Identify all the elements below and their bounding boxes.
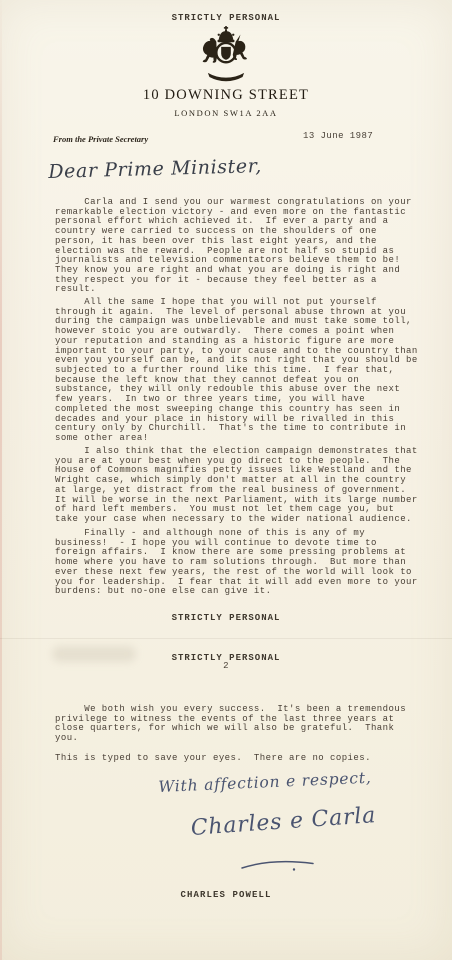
from-private-secretary-line: From the Private Secretary — [53, 134, 148, 144]
royal-coat-of-arms-icon — [193, 26, 259, 84]
classification-top: STRICTLY PERSONAL — [0, 13, 452, 23]
paragraph-5: We both wish you every success. It's bee… — [55, 705, 406, 744]
scanned-letter-page: STRICTLY PERSONAL 10 DOWNING STREET LOND… — [0, 0, 452, 960]
paragraph-3: I also think that the election campaign … — [55, 447, 418, 525]
page-break-crease — [0, 638, 452, 639]
letterhead-address: 10 DOWNING STREET — [0, 87, 452, 104]
letterhead-city: LONDON SW1A 2AA — [0, 108, 452, 118]
classification-footer-page1: STRICTLY PERSONAL — [0, 613, 452, 623]
page-number: 2 — [0, 662, 452, 672]
paragraph-2: All the same I hope that you will not pu… — [55, 298, 418, 444]
letter-date: 13 June 1987 — [303, 132, 373, 142]
typed-signatory: CHARLES POWELL — [0, 890, 452, 900]
handwritten-salutation: Dear Prime Minister, — [48, 155, 262, 183]
paragraph-6: This is typed to save your eyes. There a… — [55, 754, 371, 764]
handwritten-signature: Charles e Carla — [190, 803, 377, 841]
handwritten-closing: With affection e respect, — [158, 769, 372, 796]
paragraph-4: Finally - and although none of this is a… — [55, 529, 418, 597]
paragraph-1: Carla and I send you our warmest congrat… — [55, 198, 412, 295]
scan-left-edge — [0, 0, 2, 960]
signature-flourish-icon — [240, 858, 318, 873]
